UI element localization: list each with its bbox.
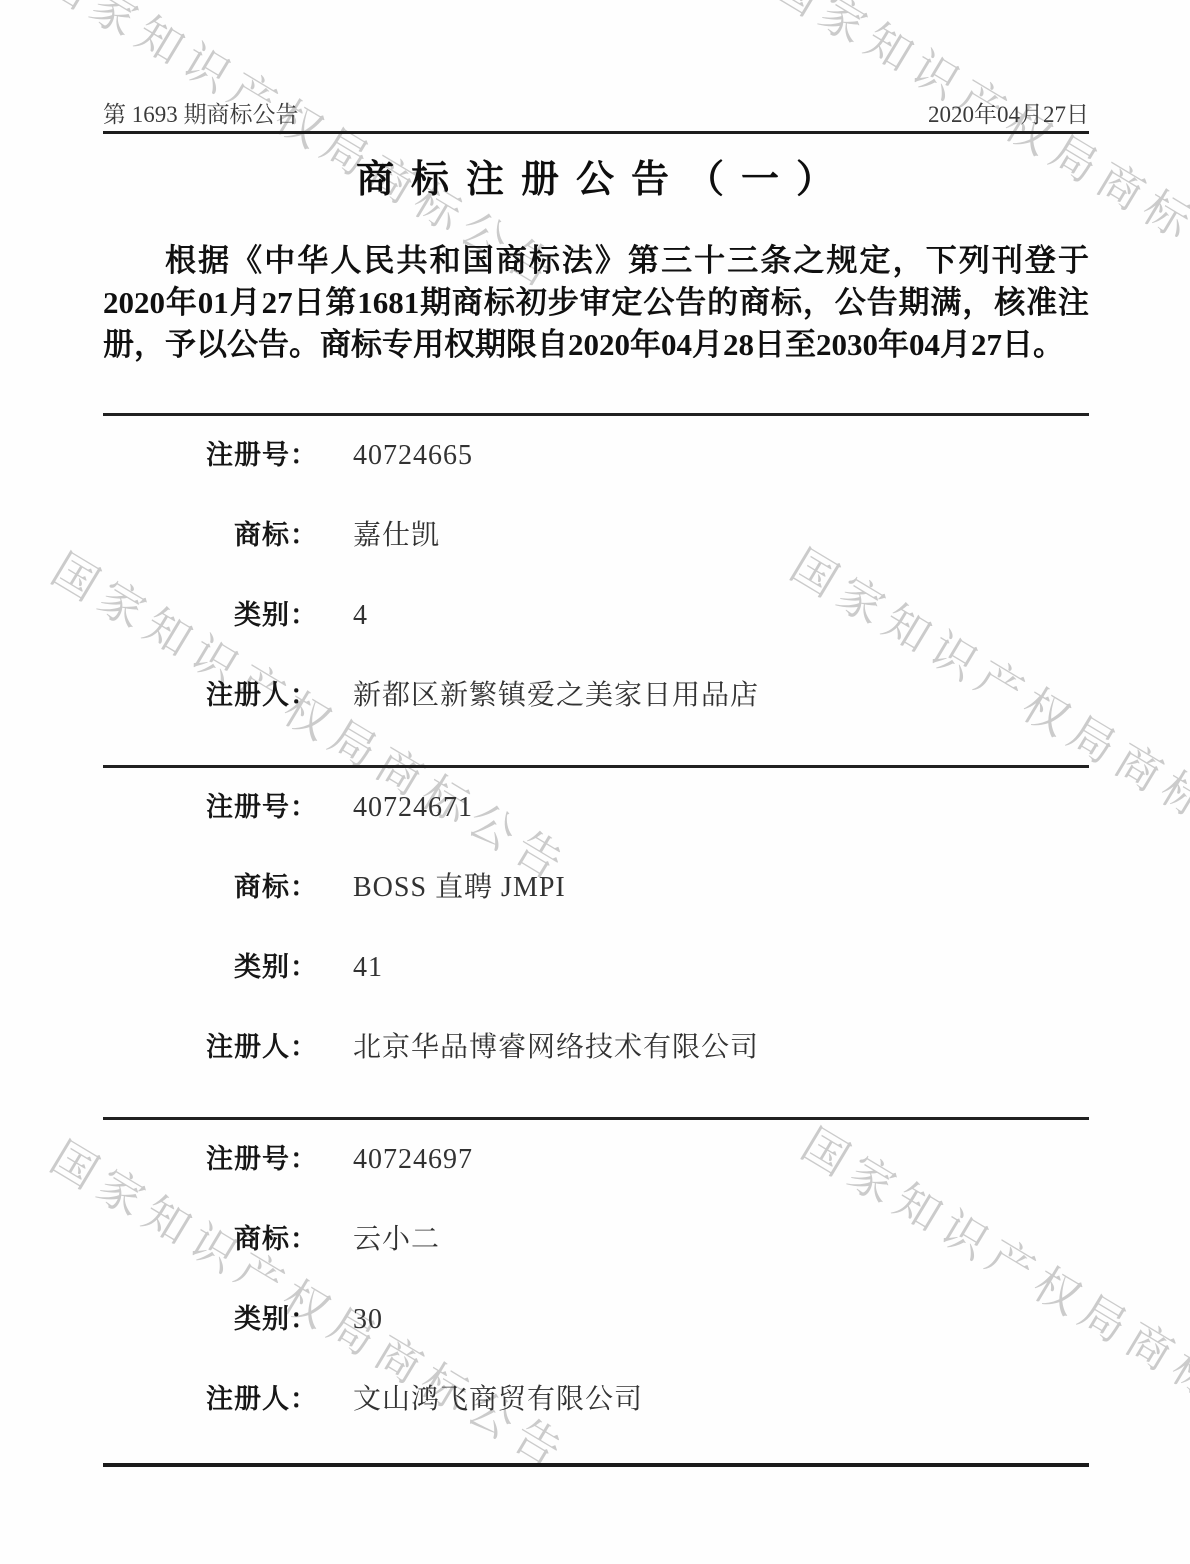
field-row-mark: 商标： BOSS 直聘 JMPI	[103, 865, 1089, 899]
page-header: 第 1693 期商标公告 2020年04月27日	[103, 96, 1089, 129]
class-label: 类别：	[103, 1297, 318, 1336]
class-label: 类别：	[103, 945, 318, 984]
trademark-entry: 注册号： 40724697 商标： 云小二 类别： 30 注册人： 文山鸿飞商贸…	[103, 1117, 1089, 1463]
registrant-label: 注册人：	[103, 1377, 318, 1416]
registrant-label: 注册人：	[103, 1025, 318, 1064]
field-row-registrant: 注册人： 北京华品博睿网络技术有限公司	[103, 1025, 1089, 1059]
mark-value: 嘉仕凯	[353, 513, 440, 553]
registrant-value: 文山鸿飞商贸有限公司	[353, 1377, 643, 1417]
mark-value: 云小二	[353, 1217, 440, 1257]
field-row-registrant: 注册人： 新都区新繁镇爱之美家日用品店	[103, 673, 1089, 707]
field-row-mark: 商标： 嘉仕凯	[103, 513, 1089, 547]
field-row-reg-no: 注册号： 40724665	[103, 433, 1089, 467]
field-row-class: 类别： 41	[103, 945, 1089, 979]
field-row-class: 类别： 4	[103, 593, 1089, 627]
reg-no-label: 注册号：	[103, 1137, 318, 1176]
reg-no-value: 40724697	[353, 1144, 473, 1176]
trademark-entry: 注册号： 40724671 商标： BOSS 直聘 JMPI 类别： 41 注册…	[103, 765, 1089, 1117]
field-row-reg-no: 注册号： 40724697	[103, 1137, 1089, 1171]
trademark-entry: 注册号： 40724665 商标： 嘉仕凯 类别： 4 注册人： 新都区新繁镇爱…	[103, 413, 1089, 765]
header-date: 2020年04月27日	[928, 96, 1089, 129]
registrant-label: 注册人：	[103, 673, 318, 712]
reg-no-value: 40724671	[353, 792, 473, 824]
intro-paragraph: 根据《中华人民共和国商标法》第三十三条之规定，下列刊登于2020年01月27日第…	[103, 240, 1089, 366]
reg-no-label: 注册号：	[103, 433, 318, 472]
class-value: 30	[353, 1304, 383, 1336]
mark-value: BOSS 直聘 JMPI	[353, 865, 566, 905]
header-issue-number: 第 1693 期商标公告	[103, 96, 299, 129]
registrant-value: 北京华品博睿网络技术有限公司	[353, 1025, 759, 1065]
field-row-class: 类别： 30	[103, 1297, 1089, 1331]
reg-no-value: 40724665	[353, 440, 473, 472]
field-row-mark: 商标： 云小二	[103, 1217, 1089, 1251]
bottom-rule	[103, 1463, 1089, 1467]
page-title: 商标注册公告（一）	[0, 148, 1190, 203]
class-value: 4	[353, 600, 368, 632]
mark-label: 商标：	[103, 1217, 318, 1256]
reg-no-label: 注册号：	[103, 785, 318, 824]
class-value: 41	[353, 952, 383, 984]
mark-label: 商标：	[103, 865, 318, 904]
field-row-reg-no: 注册号： 40724671	[103, 785, 1089, 819]
class-label: 类别：	[103, 593, 318, 632]
field-row-registrant: 注册人： 文山鸿飞商贸有限公司	[103, 1377, 1089, 1411]
gazette-page: 国家知识产权局商标公告 国家知识产权局商标公告 国家知识产权局商标公告 国家知识…	[0, 0, 1190, 1564]
registrant-value: 新都区新繁镇爱之美家日用品店	[353, 673, 759, 713]
page-content: 第 1693 期商标公告 2020年04月27日 商标注册公告（一） 根据《中华…	[0, 0, 1190, 1564]
mark-label: 商标：	[103, 513, 318, 552]
header-rule	[103, 131, 1089, 134]
